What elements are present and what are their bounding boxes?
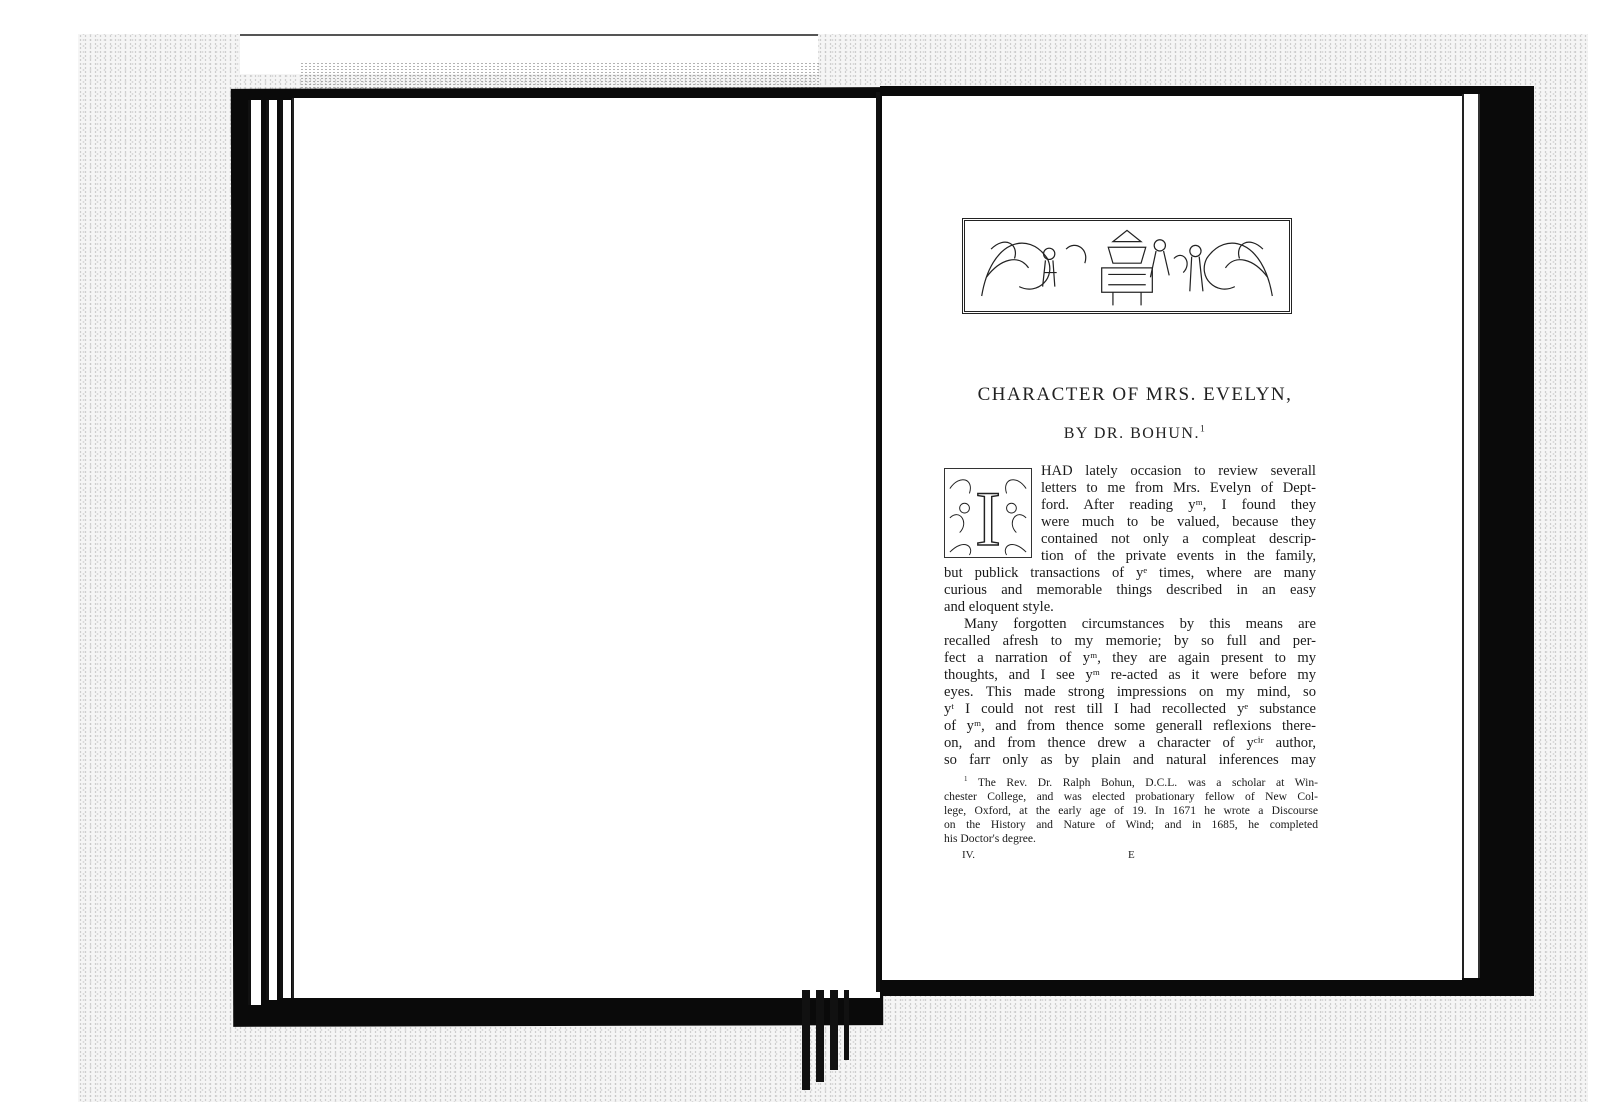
background-shadow — [300, 62, 820, 90]
text-line: but publick transactions of yᵉ times, wh… — [944, 565, 1316, 582]
text-line: letters to me from Mrs. Evelyn of Dept- — [1041, 480, 1316, 497]
text-line: thoughts, and I see yᵐ re-acted as it we… — [944, 667, 1316, 684]
footnote-line: his Doctor's degree. — [944, 832, 1318, 846]
body-text: HAD lately occasion to review severall l… — [944, 463, 1316, 769]
text-line: fect a narration of yᵐ, they are again p… — [944, 650, 1316, 667]
text-line: so farr only as by plain and natural inf… — [944, 752, 1316, 769]
page-edge — [266, 100, 277, 1000]
book-spine-gutter — [876, 92, 880, 992]
text-line: were much to be valued, because they — [1041, 514, 1316, 531]
footnote-line: chester College, and was elected probati… — [944, 790, 1318, 804]
footnote-line: on the History and Nature of Wind; and i… — [944, 818, 1318, 832]
volume-number: IV. — [962, 849, 975, 861]
footnote-text: The Rev. Dr. Ralph Bohun, D.C.L. was a s… — [978, 776, 1318, 789]
footnote-number: 1 — [964, 775, 967, 783]
ornament-icon — [965, 221, 1289, 311]
page-edge-right — [1462, 94, 1480, 978]
subtitle-text: BY DR. BOHUN. — [1064, 425, 1200, 442]
decorative-headpiece — [962, 218, 1292, 314]
footnote: 1 The Rev. Dr. Ralph Bohun, D.C.L. was a… — [944, 776, 1318, 846]
text-line: contained not only a compleat descrip- — [1041, 531, 1316, 548]
text-line: tion of the private events in the family… — [1041, 548, 1316, 565]
text-line: ford. After reading yᵐ, I found they — [1041, 497, 1316, 514]
text-line: on, and from thence drew a character of … — [944, 735, 1316, 752]
text-line: of yᵐ, and from thence some generall ref… — [944, 718, 1316, 735]
signature-letter: E — [1128, 849, 1135, 861]
page-edge — [280, 100, 291, 998]
text-line: Many forgotten circumstances by this mea… — [944, 616, 1316, 633]
left-page-blank — [292, 98, 880, 998]
book-binding-tabs — [800, 990, 900, 1098]
chapter-title: CHARACTER OF MRS. EVELYN, — [940, 384, 1330, 406]
text-line: eyes. This made strong impressions on my… — [944, 684, 1316, 701]
chapter-subtitle: BY DR. BOHUN.1 — [940, 425, 1330, 443]
text-line: recalled afresh to my memorie; by so ful… — [944, 633, 1316, 650]
text-line: HAD lately occasion to review severall — [1041, 463, 1316, 480]
footnote-line: lege, Oxford, at the early age of 19. In… — [944, 804, 1318, 818]
footnote-line: 1 The Rev. Dr. Ralph Bohun, D.C.L. was a… — [944, 776, 1318, 790]
footnote-marker[interactable]: 1 — [1200, 424, 1206, 435]
text-line: curious and memorable things described i… — [944, 582, 1316, 599]
text-line: and eloquent style. — [944, 599, 1316, 616]
text-line: yᵗ I could not rest till I had recollect… — [944, 701, 1316, 718]
page-edge — [248, 100, 261, 1005]
